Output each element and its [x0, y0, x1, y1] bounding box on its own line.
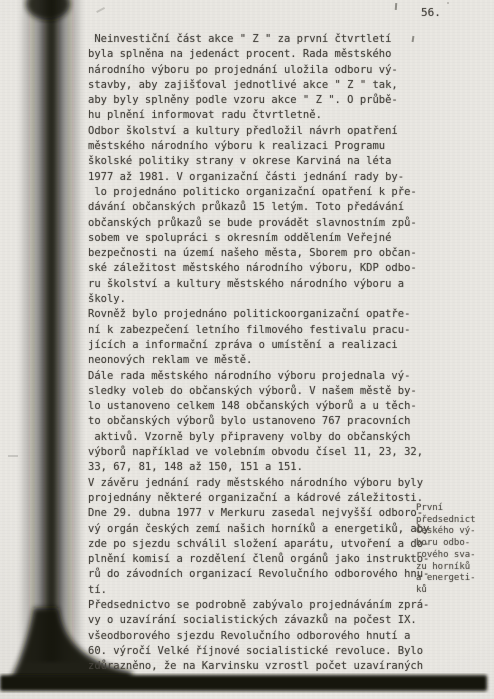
text-line: Dále rada městského národního výboru pro…: [88, 369, 429, 384]
text-line: Dne 29. dubna 1977 v Merkuru zasedal nej…: [88, 506, 429, 521]
text-line: ru školství a kultury městského národníh…: [88, 277, 429, 292]
text-line: byla splněna na jedenáct procent. Rada m…: [88, 47, 429, 62]
text-line: školské politiky strany v okrese Karviná…: [88, 154, 429, 169]
text-line: zdůrazněno, že na Karvinsku vzrostl poče…: [88, 659, 429, 674]
text-line: Neinvestiční část akce " Z " za první čt…: [88, 32, 429, 47]
spine-top-blob: [26, 0, 70, 20]
text-line: lo projednáno politicko organizační opat…: [88, 185, 429, 200]
text-line: tí.: [88, 583, 429, 598]
text-line: stavby, aby zajišťoval jednotlivé akce "…: [88, 78, 429, 93]
text-line: sobem ve spolupráci s okresním oddělením…: [88, 231, 429, 246]
text-line: národního výboru po projednání uložila o…: [88, 63, 429, 78]
margin-note-line: ků: [416, 585, 476, 597]
text-line: hu plnění informovat radu čtvrtletně.: [88, 108, 429, 123]
scan-speck: [8, 455, 18, 457]
text-line: neonových reklam ve městě.: [88, 353, 429, 368]
text-line: Odbor školství a kultury předložil návrh…: [88, 124, 429, 139]
page-number: 56.: [421, 6, 441, 19]
text-line: jících a informační zpráva o umístění a …: [88, 338, 429, 353]
text-line: V závěru jednání rady městského národníh…: [88, 476, 429, 491]
margin-note-line: Českého vý-: [416, 526, 476, 538]
text-line: výborů například ve volebním obvodu číse…: [88, 445, 429, 460]
margin-note-line: První: [416, 503, 476, 515]
text-line: sledky voleb do občanských výborů. V naš…: [88, 384, 429, 399]
margin-note: PrvnípředsednictČeského vý-boru odbo-rov…: [416, 503, 476, 597]
document-body: Neinvestiční část akce " Z " za první čt…: [88, 32, 429, 674]
text-line: občanských průkazů se bude provádět slav…: [88, 216, 429, 231]
text-line: ské záležitost městského národního výbor…: [88, 261, 429, 276]
text-line: ní k zabezpečení letního filmového festi…: [88, 323, 429, 338]
text-line: 60. výročí Velké říjnové socialistické r…: [88, 644, 429, 659]
text-line: bezpečnosti na území našeho města, Sbore…: [88, 246, 429, 261]
text-line: všeodborového sjezdu Revolučního odborov…: [88, 629, 429, 644]
margin-note-line: zu horníků: [416, 562, 476, 574]
text-line: školy.: [88, 292, 429, 307]
bottom-edge-shadow: [0, 675, 487, 691]
text-line: dávání občanských průkazů 15 letým. Toto…: [88, 200, 429, 215]
scanned-page: 56. Neinvestiční část akce " Z " za prvn…: [0, 0, 494, 699]
text-line: to občanských výborů bylo ustanoveno 767…: [88, 414, 429, 429]
text-line: lo ustanoveno celkem 148 občanských výbo…: [88, 399, 429, 414]
text-line: městského národního výboru k realizaci P…: [88, 139, 429, 154]
text-line: aby byly splněny podle vzoru akce " Z ".…: [88, 93, 429, 108]
text-line: Rovněž bylo projednáno politickoorganiza…: [88, 307, 429, 322]
margin-note-line: rového sva-: [416, 550, 476, 562]
text-line: rů do závodních organizací Revolučního o…: [88, 567, 429, 582]
scan-speck: [96, 7, 105, 13]
text-line: Předsednictvo se podrobně zabývalo proje…: [88, 598, 429, 613]
scan-speck: [447, 2, 449, 4]
text-line: projednány některé organizační a kádrové…: [88, 491, 429, 506]
text-line: vy o uzavírání socialistických závazků n…: [88, 613, 429, 628]
margin-note-line: boru odbo-: [416, 538, 476, 550]
margin-note-line: a energeti-: [416, 573, 476, 585]
text-line: 1977 až 1981. V organizační části jednán…: [88, 170, 429, 185]
book-spine-shadow: [18, 0, 84, 662]
text-line: zde po sjezdu schválil složení aparátu, …: [88, 537, 429, 552]
text-line: aktivů. Vzorně byly připraveny volby do …: [88, 430, 429, 445]
scan-speck: [395, 3, 397, 10]
margin-note-line: předsednict: [416, 515, 476, 527]
text-line: vý orgán českých zemí našich horníků a e…: [88, 522, 429, 537]
text-line: plnění komisí a rozdělení členů orgánů j…: [88, 552, 429, 567]
text-line: 33, 67, 81, 148 až 150, 151 a 151.: [88, 460, 429, 475]
